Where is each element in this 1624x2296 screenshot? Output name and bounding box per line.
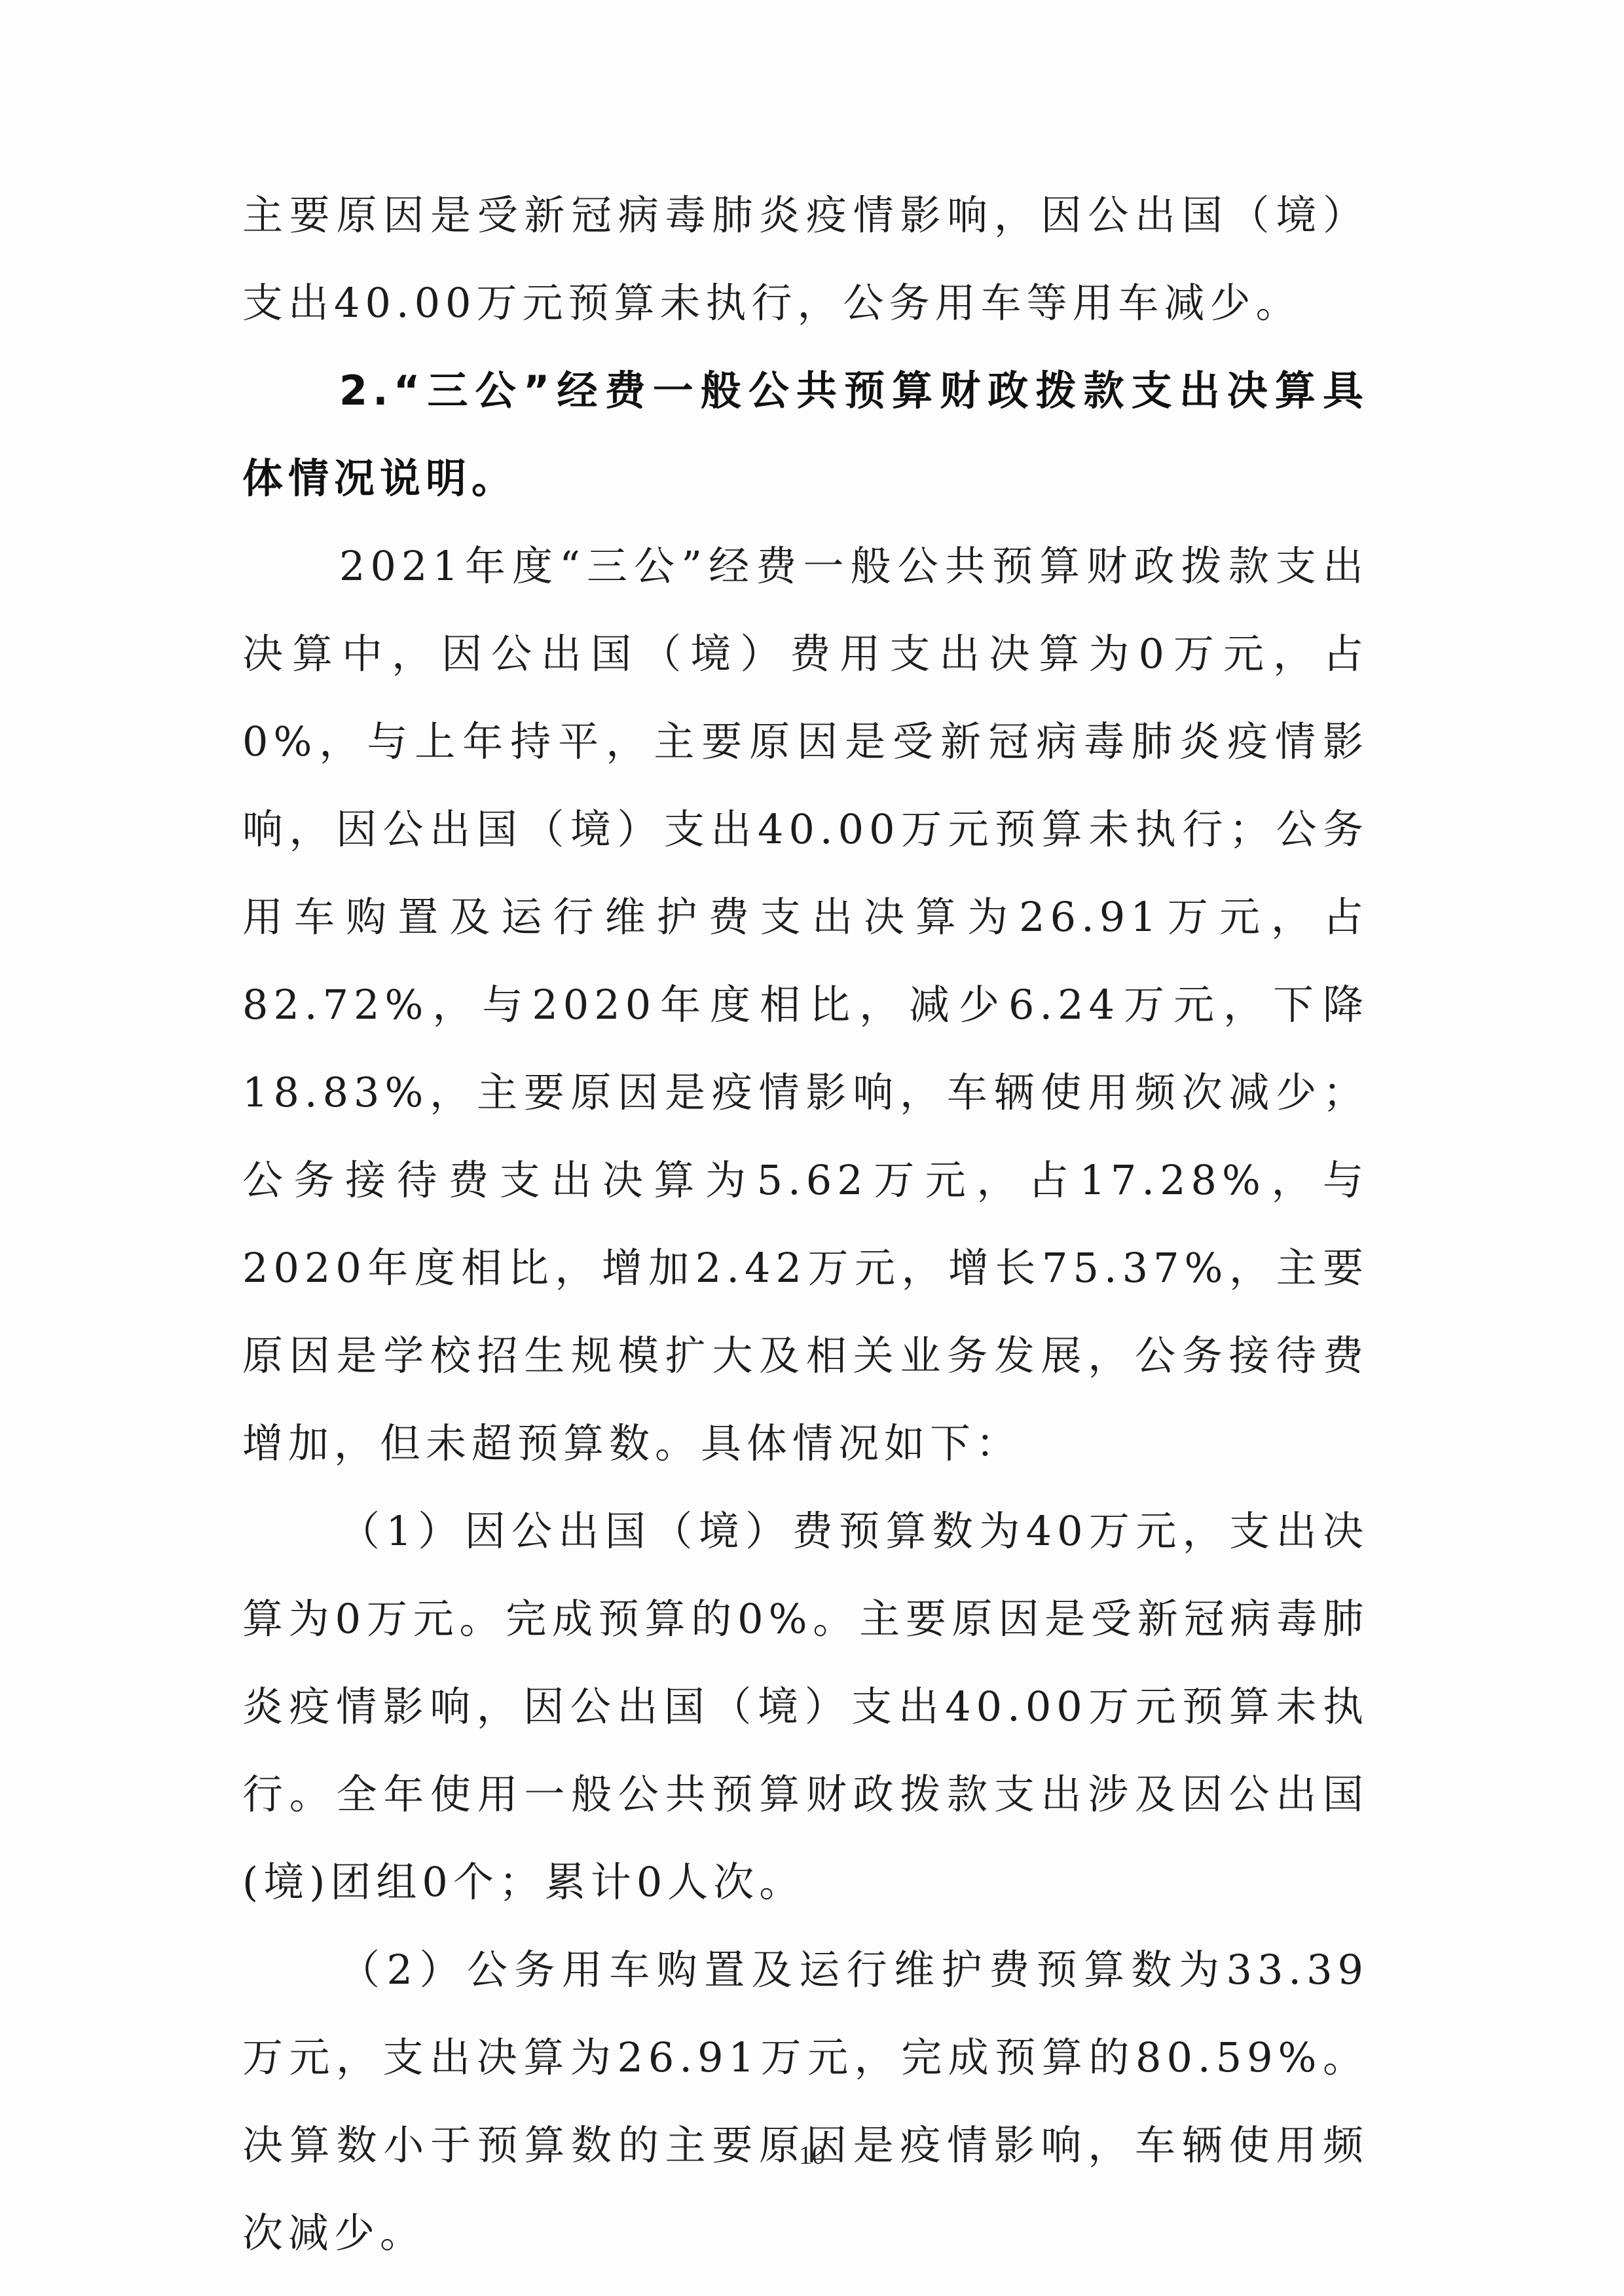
section-heading: 2.“三公”经费一般公共预算财政拨款支出决算具体情况说明。 [242,347,1369,522]
page-number: 10 [0,2140,1624,2170]
paragraph-item-2: （2）公务用车购置及运行维护费预算数为33.39万元，支出决算为26.91万元，… [242,1926,1369,2277]
paragraph-continuation: 主要原因是受新冠病毒肺炎疫情影响，因公出国（境）支出40.00万元预算未执行，公… [242,172,1369,347]
paragraph-item-1: （1）因公出国（境）费预算数为40万元，支出决算为0万元。完成预算的0%。主要原… [242,1487,1369,1926]
document-page: 主要原因是受新冠病毒肺炎疫情影响，因公出国（境）支出40.00万元预算未执行，公… [0,0,1624,2296]
paragraph-summary: 2021年度“三公”经费一般公共预算财政拨款支出决算中，因公出国（境）费用支出决… [242,522,1369,1487]
document-body: 主要原因是受新冠病毒肺炎疫情影响，因公出国（境）支出40.00万元预算未执行，公… [242,172,1369,2277]
